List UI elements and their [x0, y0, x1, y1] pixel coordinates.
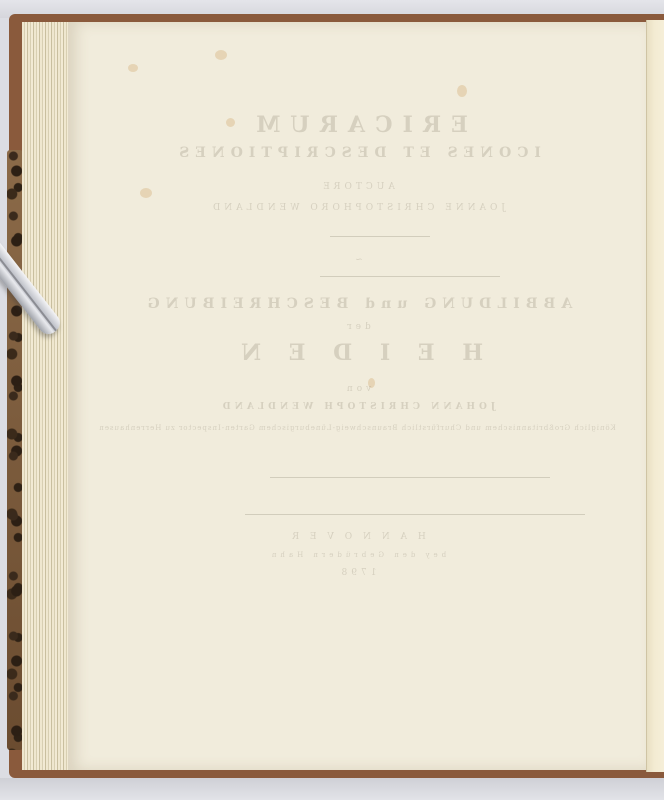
rule: [330, 236, 430, 237]
marbled-spine: [7, 150, 23, 750]
rule: [270, 477, 550, 478]
ghost-title-1: ERICARUM: [68, 112, 646, 138]
ghost-author-latin: JOANNE CHRISTOPHORO WENDLAND: [68, 203, 646, 213]
ghost-von: von: [68, 384, 646, 394]
rule: [320, 276, 500, 277]
ghost-der: der: [68, 322, 646, 332]
ghost-title-2: ICONES ET DESCRIPTIONES: [68, 145, 646, 161]
ghost-place: H A N N O V E R: [68, 532, 646, 542]
ghost-heiden: H E I D E N: [68, 340, 646, 366]
page-block-edges: [22, 22, 70, 770]
ghost-auctore: AUCTORE: [68, 182, 646, 192]
foxing-spot: [215, 50, 227, 60]
ghost-author-title: Königlich Großbritannischem und Churfürs…: [68, 424, 646, 432]
foxing-spot: [128, 64, 138, 72]
ghost-german-title: ABBILDUNG und BESCHREIBUNG: [68, 296, 646, 312]
ghost-publisher: bey den Gebrüdern Hahn: [68, 551, 646, 559]
backdrop-bottom: [0, 778, 664, 800]
ghost-author-german: JOHANN CHRISTOPH WENDLAND: [68, 402, 646, 412]
page-fore-edge: [646, 20, 664, 772]
rule: [245, 514, 585, 515]
ghost-ornament: ~: [68, 255, 646, 265]
ghost-year: 1798: [68, 568, 646, 578]
foxing-spot: [457, 85, 467, 97]
